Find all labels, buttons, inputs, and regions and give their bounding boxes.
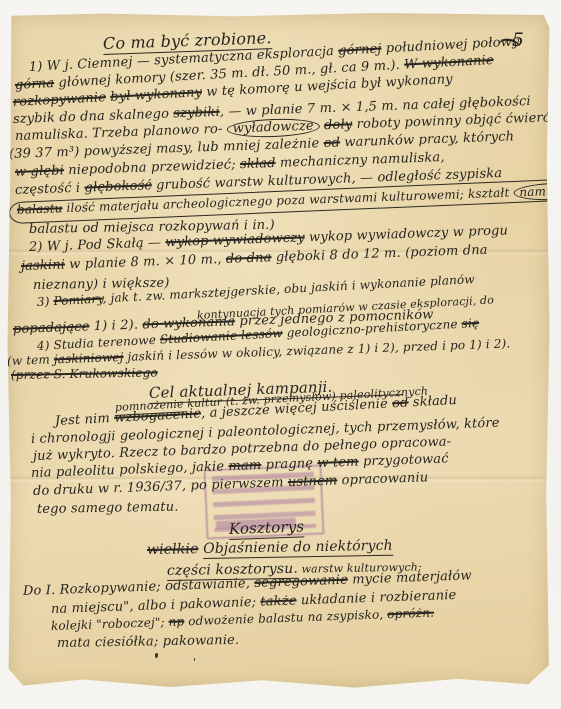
crossed-out-text: rozkopywanie bbox=[13, 90, 107, 110]
crossed-out-text: wzbogacenie bbox=[114, 406, 202, 426]
crossed-out-text: do dna bbox=[226, 250, 272, 267]
manuscript-line: wielkie Objaśnienie do niektórych bbox=[147, 539, 393, 559]
handwritten-text: opracowaniu bbox=[337, 470, 428, 488]
handwritten-text: 2) W j. Pod Skałą — bbox=[29, 235, 166, 255]
handwritten-text: składu bbox=[408, 393, 457, 411]
crossed-out-text: opróżn. bbox=[387, 606, 434, 622]
handwritten-text: przygotować bbox=[358, 451, 448, 469]
manuscript-lines: Co ma być zrobione.1) W j. Ciemnej — sys… bbox=[7, 13, 550, 689]
crossed-out-text: szybiki bbox=[173, 105, 220, 122]
handwritten-text: 3) bbox=[37, 294, 54, 309]
crossed-out-text: balastu bbox=[17, 201, 63, 217]
handwritten-text: 1) i 2). bbox=[89, 317, 143, 334]
crossed-out-text: np bbox=[168, 614, 184, 629]
crossed-out-text: ustnem bbox=[288, 473, 338, 490]
handwritten-text: Kosztorys bbox=[229, 517, 305, 540]
handwritten-text: tego samego tematu. bbox=[37, 500, 179, 517]
estimate-heading: Kosztorys bbox=[229, 518, 305, 537]
crossed-out-text: W wykonanie bbox=[404, 53, 494, 73]
handwritten-text: w planie 8 m. × 10 m., bbox=[65, 252, 226, 273]
handwritten-text: głęboki 8 do 12 m. (poziom dna bbox=[271, 243, 488, 266]
crossed-out-text: od bbox=[323, 135, 340, 151]
crossed-out-text: mam bbox=[228, 458, 261, 474]
manuscript-paper: (5 Co ma być zrobione.1) W j. Ciemnej — … bbox=[7, 13, 550, 689]
crossed-out-text: popadające bbox=[13, 319, 90, 337]
manuscript-line: (przez S. Krukowskiego bbox=[11, 366, 158, 382]
handwritten-text: (w tem bbox=[7, 352, 54, 368]
handwritten-text: mycie materjałów bbox=[348, 568, 472, 587]
crossed-out-text: wielkie bbox=[147, 541, 199, 558]
circled-text: wyładowcze bbox=[226, 117, 320, 138]
crossed-out-text: doły bbox=[324, 117, 353, 133]
crossed-out-text: jaskini bbox=[21, 257, 66, 274]
crossed-out-text: także bbox=[260, 593, 297, 609]
handwritten-text: południowej połowy bbox=[381, 34, 520, 56]
handwritten-text: mata ciesiółka; pakowanie. bbox=[57, 633, 239, 651]
crossed-out-text: w głębi bbox=[15, 163, 65, 180]
crossed-out-text: od bbox=[392, 395, 409, 411]
crossed-out-text: był wykonany bbox=[110, 85, 203, 105]
crossed-out-text: się bbox=[461, 316, 479, 331]
handwritten-text: Objaśnienie do niektórych bbox=[203, 538, 393, 559]
crossed-out-text: (przez S. Krukowskiego bbox=[11, 365, 158, 382]
crossed-out-text: w tem bbox=[317, 455, 359, 471]
manuscript-line: tego samego tematu. bbox=[37, 501, 179, 518]
handwritten-text: warunków pracy, których bbox=[340, 129, 515, 150]
manuscript-line: mata ciesiółka; pakowanie. bbox=[57, 634, 239, 651]
handwritten-text: częstość i bbox=[15, 181, 85, 198]
handwritten-text: pragnę bbox=[261, 456, 318, 473]
handwritten-text: mechaniczny namuliska, bbox=[275, 150, 445, 171]
crossed-out-text: skład bbox=[240, 156, 276, 172]
crossed-out-text: głębokość bbox=[84, 178, 152, 195]
crossed-out-text: Pomiary bbox=[53, 292, 103, 309]
handwritten-text: kolejki "roboczej"; bbox=[51, 615, 169, 633]
handwritten-text: Jest nim bbox=[55, 411, 115, 429]
crossed-out-text: jaskiniowej bbox=[54, 350, 124, 366]
crossed-out-text: górna bbox=[15, 76, 55, 93]
crossed-out-text: segregowanie bbox=[254, 573, 348, 591]
crossed-out-text: górnej bbox=[338, 42, 382, 59]
